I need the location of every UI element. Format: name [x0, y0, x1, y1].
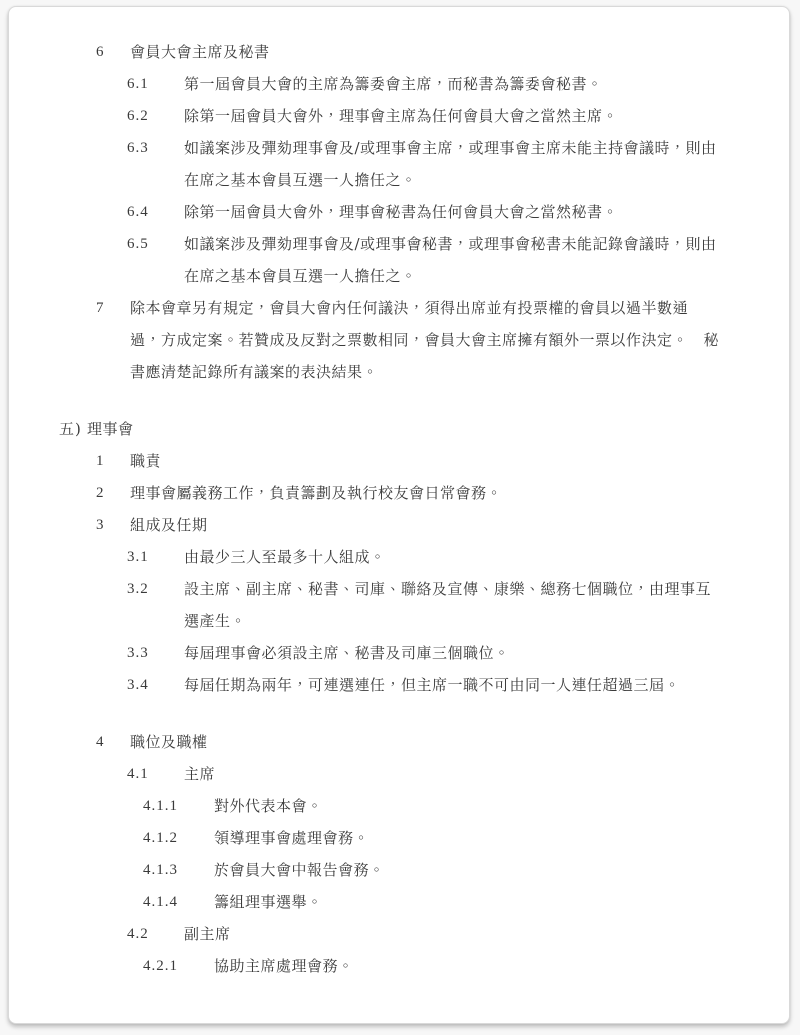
- doc-line: 4.1.1對外代表本會。: [9, 790, 789, 822]
- document-page: 6會員大會主席及秘書6.1第一屆會員大會的主席為籌委會主席，而秘書為籌委會秘書。…: [8, 6, 790, 1024]
- doc-line: 4.1主席: [9, 758, 789, 790]
- item-number: 3.2: [127, 573, 149, 605]
- item-number: 6.2: [127, 100, 149, 132]
- doc-line: 6.4除第一屆會員大會外，理事會秘書為任何會員大會之當然秘書。: [9, 196, 789, 228]
- item-number: 6.1: [127, 68, 149, 100]
- item-text: 由最少三人至最多十人組成。: [184, 541, 386, 573]
- item-text: 職責: [130, 445, 161, 477]
- item-number: 4.2.1: [143, 950, 178, 982]
- doc-line: 4.1.3於會員大會中報告會務。: [9, 854, 789, 886]
- doc-line: 3.3每屆理事會必須設主席、秘書及司庫三個職位。: [9, 637, 789, 669]
- item-text: 選產生。: [184, 605, 246, 637]
- item-number: 6.5: [127, 228, 149, 260]
- item-text: 在席之基本會員互選一人擔任之。: [184, 164, 417, 196]
- item-text: 過，方成定案。若贊成及反對之票數相同，會員大會主席擁有額外一票以作決定。 秘: [130, 324, 719, 356]
- item-number: 4.2: [127, 918, 149, 950]
- doc-line: 6.2除第一屆會員大會外，理事會主席為任何會員大會之當然主席。: [9, 100, 789, 132]
- doc-line: 選產生。: [9, 605, 789, 637]
- doc-line: 1職責: [9, 445, 789, 477]
- item-text: 如議案涉及彈劾理事會及/或理事會主席，或理事會主席未能主持會議時，則由: [184, 132, 717, 164]
- item-text: 設主席、副主席、秘書、司庫、聯絡及宣傳、康樂、總務七個職位，由理事互: [184, 573, 711, 605]
- doc-line: 6會員大會主席及秘書: [9, 36, 789, 68]
- item-text: 如議案涉及彈劾理事會及/或理事會秘書，或理事會秘書未能記錄會議時，則由: [184, 228, 717, 260]
- doc-line: 3.4每屆任期為兩年，可連選連任，但主席一職不可由同一人連任超過三屆。: [9, 669, 789, 701]
- item-number: 6: [96, 36, 105, 68]
- item-number: 6.4: [127, 196, 149, 228]
- item-number: 3: [96, 509, 105, 541]
- doc-line: 6.1第一屆會員大會的主席為籌委會主席，而秘書為籌委會秘書。: [9, 68, 789, 100]
- item-text: 每屆任期為兩年，可連選連任，但主席一職不可由同一人連任超過三屆。: [184, 669, 680, 701]
- item-text: 會員大會主席及秘書: [130, 36, 270, 68]
- item-text: 在席之基本會員互選一人擔任之。: [184, 260, 417, 292]
- item-text: 對外代表本會。: [214, 790, 323, 822]
- item-number: 6.3: [127, 132, 149, 164]
- item-text: 除本會章另有規定，會員大會內任何議決，須得出席並有投票權的會員以過半數通: [130, 292, 688, 324]
- item-number: 4.1.4: [143, 886, 178, 918]
- item-number: 3.4: [127, 669, 149, 701]
- doc-line: 4.2.1協助主席處理會務。: [9, 950, 789, 982]
- doc-line: 7除本會章另有規定，會員大會內任何議決，須得出席並有投票權的會員以過半數通: [9, 292, 789, 324]
- doc-line: 4.1.4籌組理事選舉。: [9, 886, 789, 918]
- item-text: 籌組理事選舉。: [214, 886, 323, 918]
- doc-line: 3.1由最少三人至最多十人組成。: [9, 541, 789, 573]
- viewer-background: 6會員大會主席及秘書6.1第一屆會員大會的主席為籌委會主席，而秘書為籌委會秘書。…: [0, 0, 800, 1035]
- item-text: 領導理事會處理會務。: [214, 822, 369, 854]
- item-number: 1: [96, 445, 105, 477]
- doc-line: 3.2設主席、副主席、秘書、司庫、聯絡及宣傳、康樂、總務七個職位，由理事互: [9, 573, 789, 605]
- item-number: 4.1.2: [143, 822, 178, 854]
- doc-line: 4.1.2領導理事會處理會務。: [9, 822, 789, 854]
- item-text: 協助主席處理會務。: [214, 950, 354, 982]
- item-number: 3.1: [127, 541, 149, 573]
- item-number: 2: [96, 477, 105, 509]
- item-number: 4: [96, 726, 105, 758]
- item-number: 3.3: [127, 637, 149, 669]
- item-text: 除第一屆會員大會外，理事會秘書為任何會員大會之當然秘書。: [184, 196, 618, 228]
- doc-line: 4職位及職權: [9, 726, 789, 758]
- item-number: 4.1.3: [143, 854, 178, 886]
- item-text: 每屆理事會必須設主席、秘書及司庫三個職位。: [184, 637, 510, 669]
- doc-line: 過，方成定案。若贊成及反對之票數相同，會員大會主席擁有額外一票以作決定。 秘: [9, 324, 789, 356]
- item-text: 職位及職權: [130, 726, 208, 758]
- item-number: 五): [59, 413, 82, 445]
- doc-line: 書應清楚記錄所有議案的表決結果。: [9, 356, 789, 388]
- item-text: 理事會: [87, 413, 134, 445]
- doc-line: 6.5如議案涉及彈劾理事會及/或理事會秘書，或理事會秘書未能記錄會議時，則由: [9, 228, 789, 260]
- item-text: 主席: [184, 758, 215, 790]
- item-text: 於會員大會中報告會務。: [214, 854, 385, 886]
- item-text: 副主席: [184, 918, 231, 950]
- item-text: 書應清楚記錄所有議案的表決結果。: [130, 356, 378, 388]
- item-text: 除第一屆會員大會外，理事會主席為任何會員大會之當然主席。: [184, 100, 618, 132]
- section-heading: 五)理事會: [9, 413, 789, 445]
- item-number: 4.1.1: [143, 790, 178, 822]
- item-number: 4.1: [127, 758, 149, 790]
- doc-line: 6.3如議案涉及彈劾理事會及/或理事會主席，或理事會主席未能主持會議時，則由: [9, 132, 789, 164]
- item-number: 7: [96, 292, 105, 324]
- doc-line: 在席之基本會員互選一人擔任之。: [9, 164, 789, 196]
- doc-line: 2理事會屬義務工作，負責籌劃及執行校友會日常會務。: [9, 477, 789, 509]
- doc-line: 4.2副主席: [9, 918, 789, 950]
- item-text: 理事會屬義務工作，負責籌劃及執行校友會日常會務。: [130, 477, 502, 509]
- item-text: 組成及任期: [130, 509, 208, 541]
- item-text: 第一屆會員大會的主席為籌委會主席，而秘書為籌委會秘書。: [184, 68, 603, 100]
- document-lines: 6會員大會主席及秘書6.1第一屆會員大會的主席為籌委會主席，而秘書為籌委會秘書。…: [9, 36, 789, 982]
- doc-line: 3組成及任期: [9, 509, 789, 541]
- doc-line: 在席之基本會員互選一人擔任之。: [9, 260, 789, 292]
